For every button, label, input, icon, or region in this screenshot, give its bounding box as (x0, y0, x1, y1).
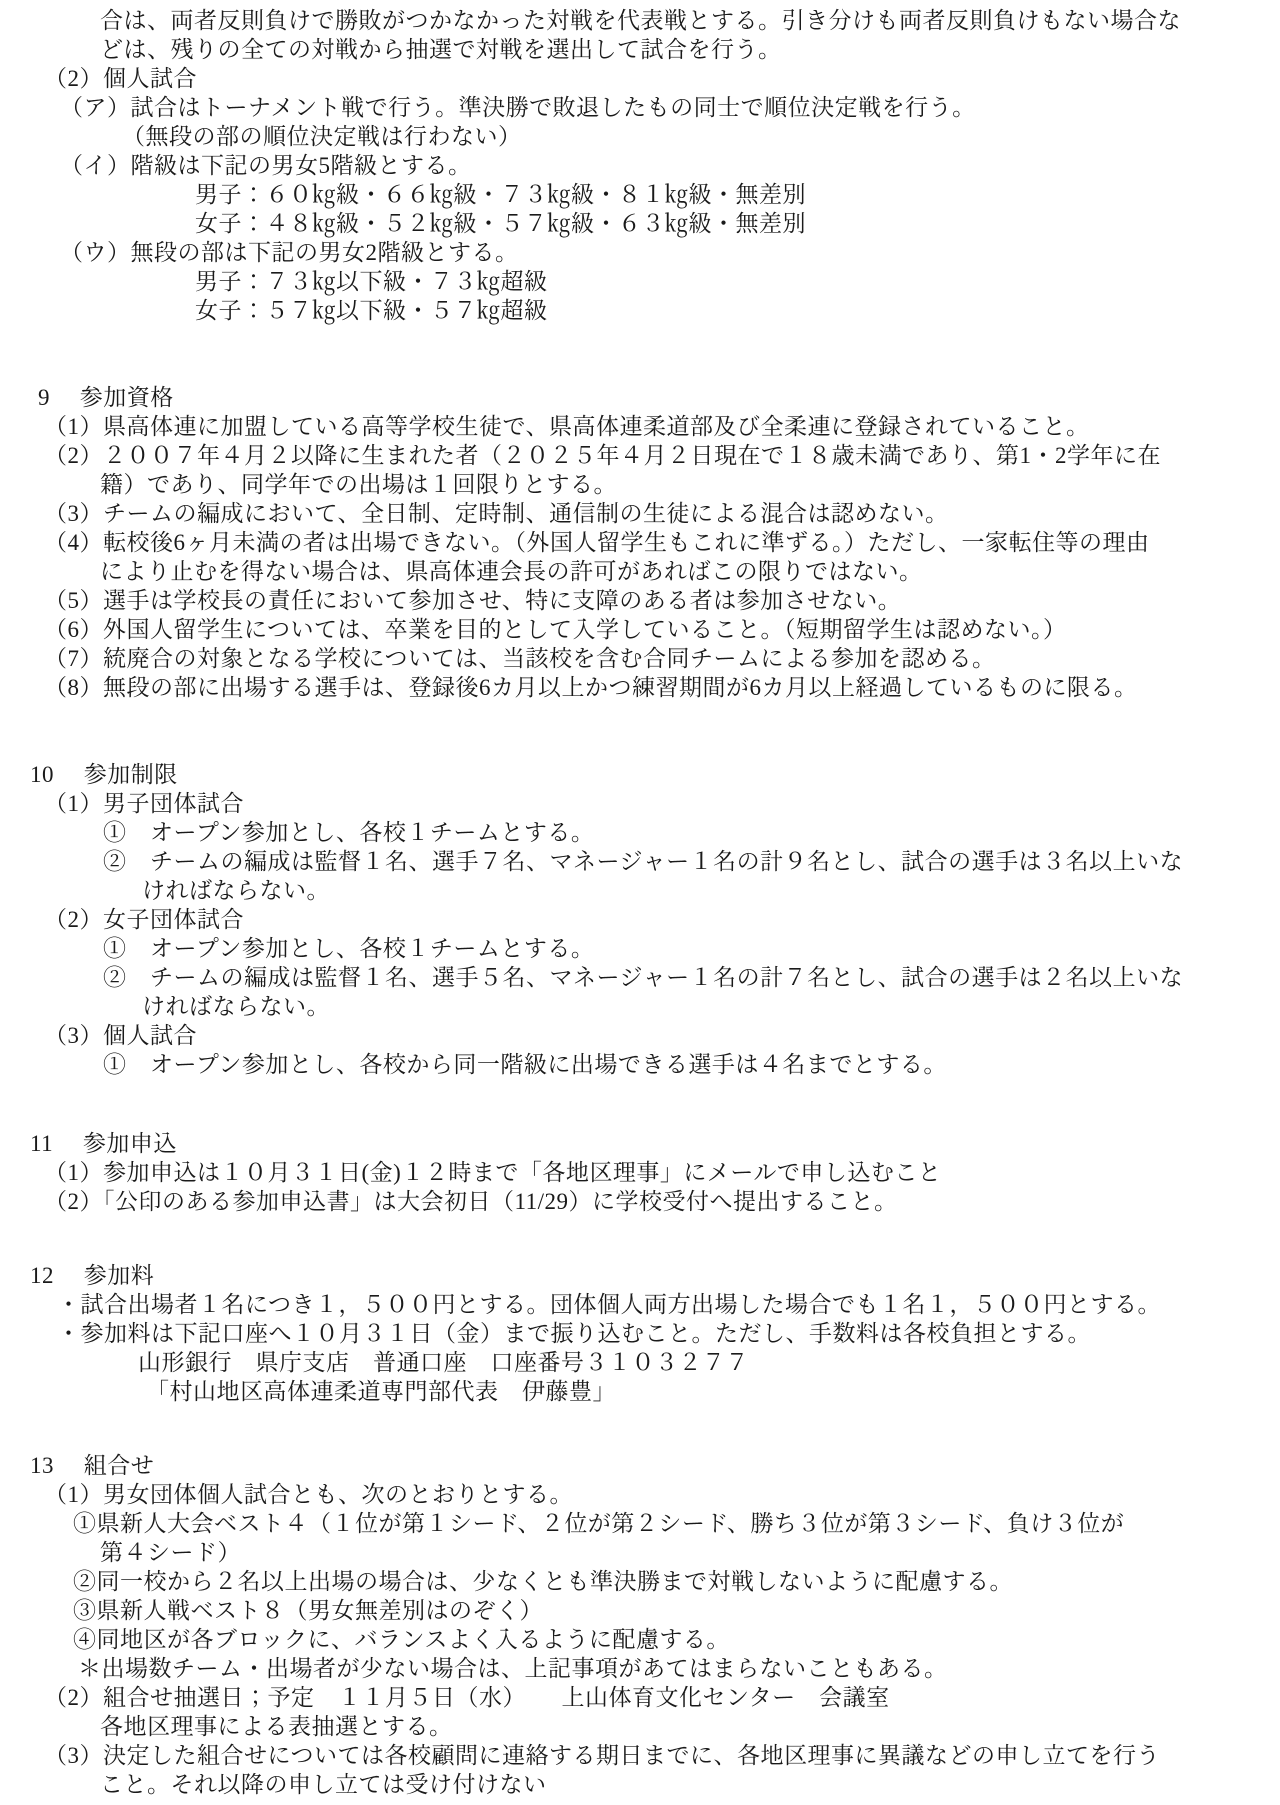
text-line: ければならない。 (0, 992, 1280, 1021)
text-line: （3）個人試合 (0, 1021, 1280, 1050)
text-line: ② チームの編成は監督１名、選手５名、マネージャー１名の計７名とし、試合の選手は… (0, 963, 1280, 992)
text-line: 男子：６０㎏級・６６㎏級・７３㎏級・８１㎏級・無差別 (0, 180, 1280, 209)
text-line: 9 参加資格 (0, 383, 1280, 412)
blank-gap (0, 1216, 1280, 1261)
document-page: 合は、両者反則負けで勝敗がつかなかった対戦を代表戦とする。引き分けも両者反則負け… (0, 0, 1280, 1805)
text-line: （6）外国人留学生については、卒業を目的として入学していること。（短期留学生は認… (0, 615, 1280, 644)
text-line: ければならない。 (0, 876, 1280, 905)
blank-gap (0, 325, 1280, 383)
blank-gap (0, 1406, 1280, 1451)
text-line: ②同一校から２名以上出場の場合は、少なくとも準決勝まで対戦しないように配慮する。 (0, 1567, 1280, 1596)
text-line: 各地区理事による表抽選とする。 (0, 1712, 1280, 1741)
text-line: （3）決定した組合せについては各校顧問に連絡する期日までに、各地区理事に異議など… (0, 1741, 1280, 1770)
document-body: 合は、両者反則負けで勝敗がつかなかった対戦を代表戦とする。引き分けも両者反則負け… (0, 6, 1280, 1799)
text-line: 12 参加料 (0, 1261, 1280, 1290)
text-line: どは、残りの全ての対戦から抽選で対戦を選出して試合を行う。 (0, 35, 1280, 64)
text-line: ① オープン参加とし、各校１チームとする。 (0, 818, 1280, 847)
text-line: （1）県高体連に加盟している高等学校生徒で、県高体連柔道部及び全柔連に登録されて… (0, 412, 1280, 441)
text-line: ① オープン参加とし、各校１チームとする。 (0, 934, 1280, 963)
text-line: ・試合出場者１名につき１，５００円とする。団体個人両方出場した場合でも１名１，５… (0, 1290, 1280, 1319)
text-line: （ウ）無段の部は下記の男女2階級とする。 (0, 238, 1280, 267)
text-line: ④同地区が各ブロックに、バランスよく入るように配慮する。 (0, 1625, 1280, 1654)
text-line: ＊出場数チーム・出場者が少ない場合は、上記事項があてはまらないこともある。 (0, 1654, 1280, 1683)
text-line: ① オープン参加とし、各校から同一階級に出場できる選手は４名までとする。 (0, 1050, 1280, 1079)
text-line: （無段の部の順位決定戦は行わない） (0, 122, 1280, 151)
text-line: 「村山地区高体連柔道専門部代表 伊藤豊」 (0, 1377, 1280, 1406)
text-line: （7）統廃合の対象となる学校については、当該校を含む合同チームによる参加を認める… (0, 644, 1280, 673)
text-line: （ア）試合はトーナメント戦で行う。準決勝で敗退したもの同士で順位決定戦を行う。 (0, 93, 1280, 122)
text-line: （2）２００７年４月２以降に生まれた者（２０２５年４月２日現在で１８歳未満であり… (0, 441, 1280, 470)
text-line: ③県新人戦ベスト８（男女無差別はのぞく） (0, 1596, 1280, 1625)
text-line: こと。それ以降の申し立ては受け付けない (0, 1770, 1280, 1799)
text-line: （2）個人試合 (0, 64, 1280, 93)
text-line: ・参加料は下記口座へ１０月３１日（金）まで振り込むこと。ただし、手数料は各校負担… (0, 1319, 1280, 1348)
text-line: ② チームの編成は監督１名、選手７名、マネージャー１名の計９名とし、試合の選手は… (0, 847, 1280, 876)
text-line: 籍）であり、同学年での出場は１回限りとする。 (0, 470, 1280, 499)
text-line: 10 参加制限 (0, 760, 1280, 789)
text-line: 第４シード） (0, 1538, 1280, 1567)
text-line: 男子：７３㎏以下級・７３㎏超級 (0, 267, 1280, 296)
text-line: （2）組合せ抽選日；予定 １１月５日（水） 上山体育文化センター 会議室 (0, 1683, 1280, 1712)
text-line: （1）男女団体個人試合とも、次のとおりとする。 (0, 1480, 1280, 1509)
text-line: （1）参加申込は１０月３１日(金)１２時まで「各地区理事」にメールで申し込むこと (0, 1158, 1280, 1187)
text-line: 合は、両者反則負けで勝敗がつかなかった対戦を代表戦とする。引き分けも両者反則負け… (0, 6, 1280, 35)
text-line: （イ）階級は下記の男女5階級とする。 (0, 151, 1280, 180)
text-line: により止むを得ない場合は、県高体連会長の許可があればこの限りではない。 (0, 557, 1280, 586)
text-line: （2）女子団体試合 (0, 905, 1280, 934)
text-line: 女子：４８㎏級・５２㎏級・５７㎏級・６３㎏級・無差別 (0, 209, 1280, 238)
blank-gap (0, 1079, 1280, 1129)
text-line: 13 組合せ (0, 1451, 1280, 1480)
text-line: 女子：５７㎏以下級・５７㎏超級 (0, 296, 1280, 325)
text-line: （1）男子団体試合 (0, 789, 1280, 818)
text-line: ①県新人大会ベスト４（１位が第１シード、２位が第２シード、勝ち３位が第３シード、… (0, 1509, 1280, 1538)
text-line: （8）無段の部に出場する選手は、登録後6カ月以上かつ練習期間が6カ月以上経過して… (0, 673, 1280, 702)
text-line: 山形銀行 県庁支店 普通口座 口座番号３１０３２７７ (0, 1348, 1280, 1377)
text-line: 11 参加申込 (0, 1129, 1280, 1158)
text-line: （5）選手は学校長の責任において参加させ、特に支障のある者は参加させない。 (0, 586, 1280, 615)
text-line: （3）チームの編成において、全日制、定時制、通信制の生徒による混合は認めない。 (0, 499, 1280, 528)
text-line: （2）「公印のある参加申込書」は大会初日（11/29）に学校受付へ提出すること。 (0, 1187, 1280, 1216)
text-line: （4）転校後6ヶ月未満の者は出場できない。（外国人留学生もこれに準ずる。）ただし… (0, 528, 1280, 557)
blank-gap (0, 702, 1280, 760)
